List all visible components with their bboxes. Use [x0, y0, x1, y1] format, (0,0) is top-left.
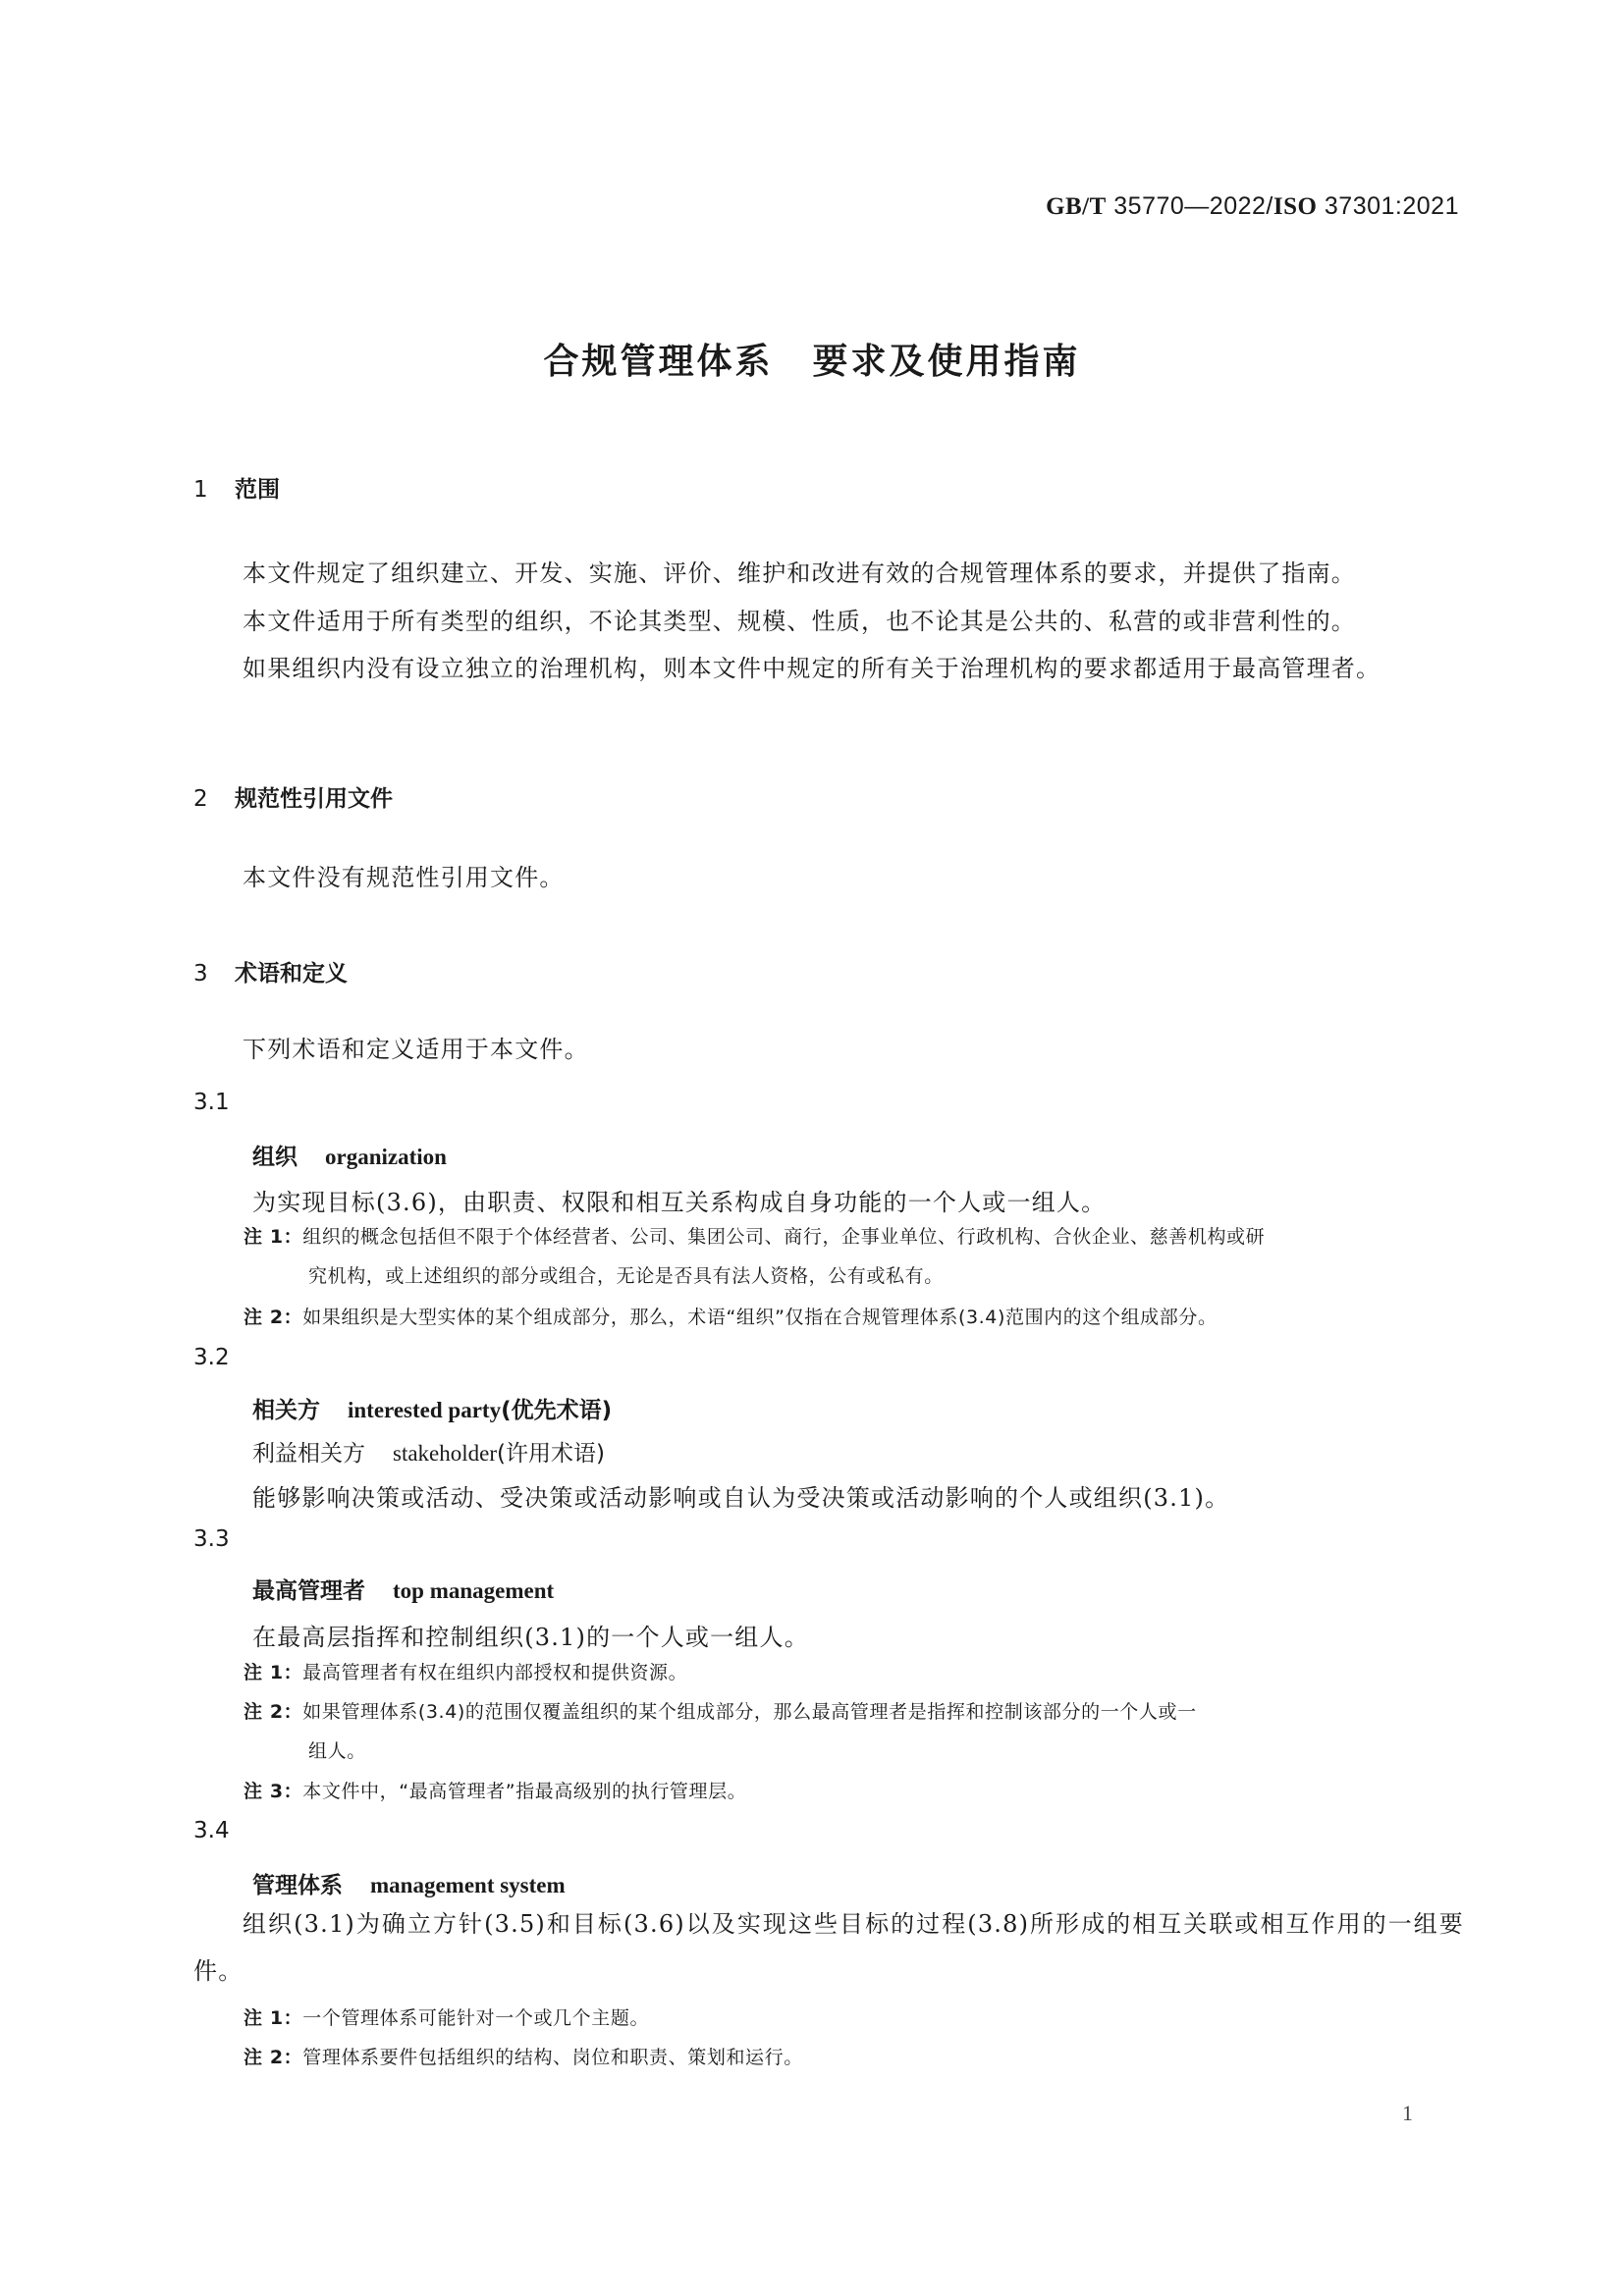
- term-heading: 最高管理者top management: [252, 1573, 554, 1605]
- note-text: 最高管理者有权在组织内部授权和提供资源。: [302, 1662, 687, 1683]
- note: 注 1：组织的概念包括但不限于个体经营者、公司、集团公司、商行，企事业单位、行政…: [244, 1217, 1464, 1296]
- note: 注 2：如果管理体系(3.4)的范围仅覆盖组织的某个组成部分，那么最高管理者是指…: [244, 1692, 1464, 1771]
- std-number: 35770—2022/: [1113, 192, 1273, 220]
- paragraph: 本文件没有规范性引用文件。: [193, 854, 1464, 901]
- section-heading-2: 2规范性引用文件: [193, 780, 393, 813]
- admitted-zh: 利益相关方: [252, 1441, 365, 1467]
- paragraph: 下列术语和定义适用于本文件。: [193, 1026, 1464, 1073]
- paragraph: 本文件规定了组织建立、开发、实施、评价、维护和改进有效的合规管理体系的要求，并提…: [193, 550, 1464, 597]
- term-number: 3.2: [193, 1345, 230, 1370]
- note-label: 注 2：: [244, 1307, 302, 1328]
- note-text: 如果管理体系(3.4)的范围仅覆盖组织的某个组成部分，那么最高管理者是指挥和控制…: [302, 1701, 1196, 1723]
- document-title: 合规管理体系要求及使用指南: [0, 334, 1624, 384]
- note-label: 注 2：: [244, 1701, 302, 1723]
- term-definition: 能够影响决策或活动、受决策或活动影响或自认为受决策或活动影响的个人或组织(3.1…: [252, 1478, 1229, 1513]
- admitted-term: 利益相关方stakeholder(许用术语): [252, 1435, 605, 1468]
- note-text: 组织的概念包括但不限于个体经营者、公司、集团公司、商行，企事业单位、行政机构、合…: [302, 1226, 1265, 1248]
- section-number: 3: [193, 961, 235, 987]
- term-en: interested party: [348, 1398, 501, 1422]
- section-number: 1: [193, 477, 235, 503]
- note-text: 管理体系要件包括组织的结构、岗位和职责、策划和运行。: [302, 2047, 803, 2068]
- standard-code: GB/T 35770—2022/ISO 37301:2021: [1046, 192, 1459, 221]
- iso-prefix: ISO: [1273, 193, 1318, 220]
- term-number: 3.1: [193, 1090, 230, 1115]
- section-number: 2: [193, 786, 235, 812]
- note: 注 2：如果组织是大型实体的某个组成部分，那么，术语“组织”仅指在合规管理体系(…: [244, 1298, 1464, 1337]
- admitted-en: stakeholder: [393, 1441, 497, 1466]
- note-label: 注 3：: [244, 1781, 302, 1802]
- section-title: 术语和定义: [235, 961, 348, 987]
- note-text: 如果组织是大型实体的某个组成部分，那么，术语“组织”仅指在合规管理体系(3.4)…: [302, 1307, 1217, 1328]
- note-label: 注 2：: [244, 2047, 302, 2068]
- note: 注 3：本文件中，“最高管理者”指最高级别的执行管理层。: [244, 1772, 1464, 1811]
- term-number: 3.3: [193, 1526, 230, 1552]
- note-text-continued: 究机构，或上述组织的部分或组合，无论是否具有法人资格，公有或私有。: [244, 1256, 1464, 1296]
- term-zh: 最高管理者: [252, 1578, 365, 1604]
- note-label: 注 1：: [244, 1226, 302, 1248]
- section-title: 范围: [235, 477, 280, 503]
- note-text: 一个管理体系可能针对一个或几个主题。: [302, 2007, 649, 2029]
- note-label: 注 1：: [244, 1662, 302, 1683]
- term-definition: 组织(3.1)为确立方针(3.5)和目标(3.6)以及实现这些目标的过程(3.8…: [193, 1900, 1464, 1995]
- term-en: top management: [393, 1578, 554, 1603]
- admitted-status: (许用术语): [497, 1441, 605, 1467]
- term-heading: 管理体系management system: [252, 1867, 566, 1899]
- paragraph: 如果组织内没有设立独立的治理机构，则本文件中规定的所有关于治理机构的要求都适用于…: [193, 645, 1464, 692]
- note-text: 本文件中，“最高管理者”指最高级别的执行管理层。: [302, 1781, 746, 1802]
- term-en: management system: [370, 1873, 566, 1897]
- note: 注 1：一个管理体系可能针对一个或几个主题。: [244, 1999, 1464, 2038]
- term-heading: 组织organization: [252, 1139, 447, 1171]
- note-label: 注 1：: [244, 2007, 302, 2029]
- term-heading: 相关方interested party(优先术语): [252, 1392, 612, 1424]
- term-zh: 管理体系: [252, 1873, 343, 1898]
- std-prefix: GB/T: [1046, 193, 1107, 220]
- section-title: 规范性引用文件: [235, 786, 393, 812]
- iso-number: 37301:2021: [1325, 192, 1459, 220]
- term-number: 3.4: [193, 1818, 230, 1843]
- note: 注 2：管理体系要件包括组织的结构、岗位和职责、策划和运行。: [244, 2038, 1464, 2077]
- term-definition: 为实现目标(3.6)，由职责、权限和相互关系构成自身功能的一个人或一组人。: [252, 1183, 1106, 1217]
- term-en: organization: [325, 1145, 447, 1169]
- term-zh: 组织: [252, 1145, 298, 1170]
- term-definition: 在最高层指挥和控制组织(3.1)的一个人或一组人。: [252, 1618, 809, 1652]
- page-number: 1: [1402, 2101, 1413, 2126]
- title-part1: 合规管理体系: [543, 342, 773, 382]
- section-heading-1: 1范围: [193, 471, 280, 504]
- section-heading-3: 3术语和定义: [193, 955, 348, 988]
- note-text-continued: 组人。: [244, 1732, 1464, 1771]
- note: 注 1：最高管理者有权在组织内部授权和提供资源。: [244, 1653, 1464, 1692]
- paragraph: 本文件适用于所有类型的组织，不论其类型、规模、性质，也不论其是公共的、私营的或非…: [193, 598, 1464, 645]
- term-zh: 相关方: [252, 1398, 320, 1423]
- title-part2: 要求及使用指南: [813, 342, 1081, 382]
- term-status: (优先术语): [501, 1398, 612, 1423]
